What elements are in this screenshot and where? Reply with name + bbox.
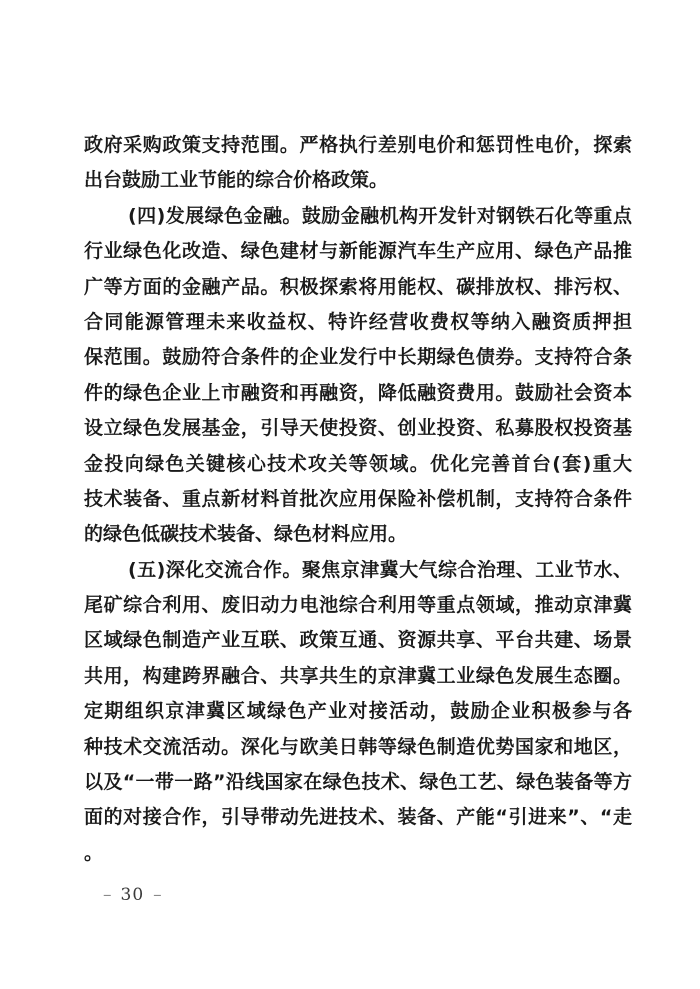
text-line: 以及“一带一路”沿线国家在绿色技术、绿色工艺、绿色装备等方: [84, 765, 632, 800]
text-line: 件的绿色企业上市融资和再融资，降低融资费用。鼓励社会资本: [84, 376, 632, 411]
text-line: 广等方面的金融产品。积极探索将用能权、碳排放权、排污权、: [84, 270, 632, 305]
text-line: 定期组织京津冀区域绿色产业对接活动，鼓励企业积极参与各: [84, 694, 632, 729]
text-line: 技术装备、重点新材料首批次应用保险补偿机制，支持符合条件: [84, 482, 632, 517]
text-line: 区域绿色制造产业互联、政策互通、资源共享、平台共建、场景: [84, 623, 632, 658]
text-line: 共用，构建跨界融合、共享共生的京津冀工业绿色发展生态圈。: [84, 659, 632, 694]
text-line: (五)深化交流合作。聚焦京津冀大气综合治理、工业节水、: [84, 553, 632, 588]
text-line: 的绿色低碳技术装备、绿色材料应用。: [84, 517, 632, 552]
text-line: 行业绿色化改造、绿色建材与新能源汽车生产应用、绿色产品推: [84, 234, 632, 269]
text-line: 设立绿色发展基金，引导天使投资、创业投资、私募股权投资基: [84, 411, 632, 446]
text-line: (四)发展绿色金融。鼓励金融机构开发针对钢铁石化等重点: [84, 199, 632, 234]
text-line: 面的对接合作，引导带动先进技术、装备、产能“引进来”、“走出去”: [84, 800, 632, 835]
text-line: 尾矿综合利用、废旧动力电池综合利用等重点领域，推动京津冀: [84, 588, 632, 623]
text-line: 。: [84, 836, 632, 871]
document-body: 政府采购政策支持范围。严格执行差别电价和惩罚性电价，探索出台鼓励工业节能的综合价…: [84, 128, 632, 871]
text-line: 政府采购政策支持范围。严格执行差别电价和惩罚性电价，探索: [84, 128, 632, 163]
text-line: 出台鼓励工业节能的综合价格政策。: [84, 163, 632, 198]
text-line: 种技术交流活动。深化与欧美日韩等绿色制造优势国家和地区，: [84, 730, 632, 765]
page-footer: – 30 –: [103, 884, 162, 906]
page-number: 30: [121, 885, 145, 905]
text-line: 合同能源管理未来收益权、特许经营收费权等纳入融资质押担: [84, 305, 632, 340]
document-page: 政府采购政策支持范围。严格执行差别电价和惩罚性电价，探索出台鼓励工业节能的综合价…: [0, 0, 700, 989]
footer-dash-right: –: [153, 885, 162, 905]
text-line: 金投向绿色关键核心技术攻关等领域。优化完善首台(套)重大: [84, 447, 632, 482]
footer-dash-left: –: [103, 885, 112, 905]
text-line: 保范围。鼓励符合条件的企业发行中长期绿色债券。支持符合条: [84, 340, 632, 375]
